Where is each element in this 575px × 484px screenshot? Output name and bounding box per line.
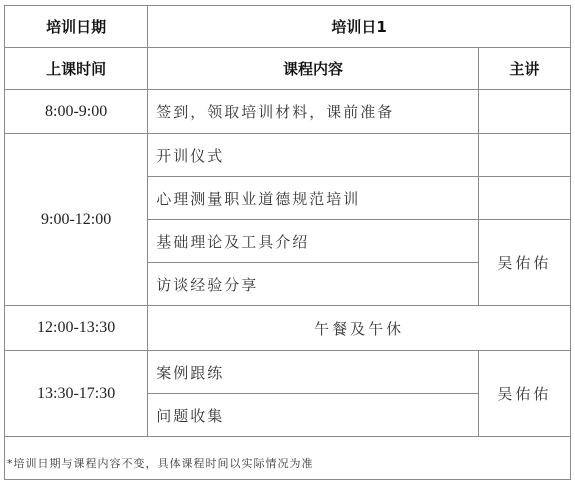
- date-row: 培训日期 培训日1: [5, 6, 571, 48]
- session-item: 开训仪式: [148, 134, 479, 177]
- session-speaker-empty: [478, 134, 570, 177]
- footnote-row: *培训日期与课程内容不变，具体课程时间以实际情况为准: [5, 437, 571, 480]
- training-schedule-table: 培训日期 培训日1 上课时间 课程内容 主讲 8:00-9:00 签到，领取培训…: [4, 5, 571, 480]
- session-speaker: [478, 90, 570, 134]
- content-column-header: 课程内容: [148, 48, 479, 90]
- session-item: 签到，领取培训材料，课前准备: [148, 90, 479, 134]
- time-column-header: 上课时间: [5, 48, 148, 90]
- session-item: 访谈经验分享: [148, 263, 479, 306]
- session-item: 问题收集: [148, 394, 479, 437]
- session-time: 13:30-17:30: [5, 351, 148, 437]
- session-speaker: 吴佑佑: [478, 220, 570, 306]
- session-time: 8:00-9:00: [5, 90, 148, 134]
- session-item: 基础理论及工具介绍: [148, 220, 479, 263]
- table-row: 13:30-17:30 案例跟练 吴佑佑: [5, 351, 571, 394]
- session-item: 午餐及午休: [148, 306, 571, 351]
- date-label: 培训日期: [5, 6, 148, 48]
- session-time: 12:00-13:30: [5, 306, 148, 351]
- table-row: 12:00-13:30 午餐及午休: [5, 306, 571, 351]
- speaker-column-header: 主讲: [478, 48, 570, 90]
- session-speaker-empty: [478, 177, 570, 220]
- session-time: 9:00-12:00: [5, 134, 148, 306]
- table-row: 8:00-9:00 签到，领取培训材料，课前准备: [5, 90, 571, 134]
- session-speaker: 吴佑佑: [478, 351, 570, 437]
- column-header-row: 上课时间 课程内容 主讲: [5, 48, 571, 90]
- table-row: 9:00-12:00 开训仪式: [5, 134, 571, 177]
- session-item: 心理测量职业道德规范培训: [148, 177, 479, 220]
- footnote: *培训日期与课程内容不变，具体课程时间以实际情况为准: [5, 437, 571, 480]
- date-value: 培训日1: [148, 6, 571, 48]
- session-item: 案例跟练: [148, 351, 479, 394]
